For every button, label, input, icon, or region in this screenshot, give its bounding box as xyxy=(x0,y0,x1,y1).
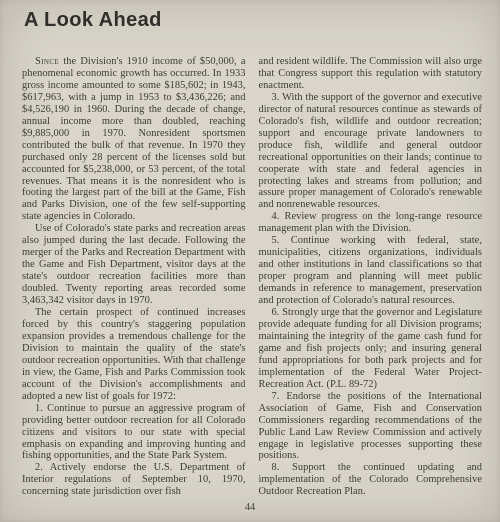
paragraph: Since the Division's 1910 income of $50,… xyxy=(22,56,246,223)
paragraph: The certain prospect of continued increa… xyxy=(22,307,246,403)
paragraph-text: the Division's 1910 income of $50,000, a… xyxy=(22,56,246,222)
page-number: 44 xyxy=(0,502,500,513)
paragraph: 2. Actively endorse the U.S. Department … xyxy=(22,462,246,498)
left-column: Since the Division's 1910 income of $50,… xyxy=(22,56,246,498)
page-title: A Look Ahead xyxy=(0,0,500,32)
text-columns: Since the Division's 1910 income of $50,… xyxy=(0,32,500,498)
paragraph: 7. Endorse the positions of the Internat… xyxy=(259,391,483,463)
paragraph: Use of Colorado's state parks and recrea… xyxy=(22,223,246,307)
paragraph: 8. Support the continued updating and im… xyxy=(259,462,483,498)
paragraph: 4. Review progress on the long-range res… xyxy=(259,211,483,235)
paragraph: and resident wildlife. The Commission wi… xyxy=(259,56,483,92)
document-page: A Look Ahead Since the Division's 1910 i… xyxy=(0,0,500,522)
paragraph: 5. Continue working with federal, state,… xyxy=(259,235,483,307)
paragraph: 3. With the support of the governor and … xyxy=(259,92,483,212)
paragraph: 6. Strongly urge that the governor and L… xyxy=(259,307,483,391)
lead-word: Since xyxy=(35,56,59,67)
right-column: and resident wildlife. The Commission wi… xyxy=(259,56,483,498)
paragraph: 1. Continue to pursue an aggressive prog… xyxy=(22,403,246,463)
